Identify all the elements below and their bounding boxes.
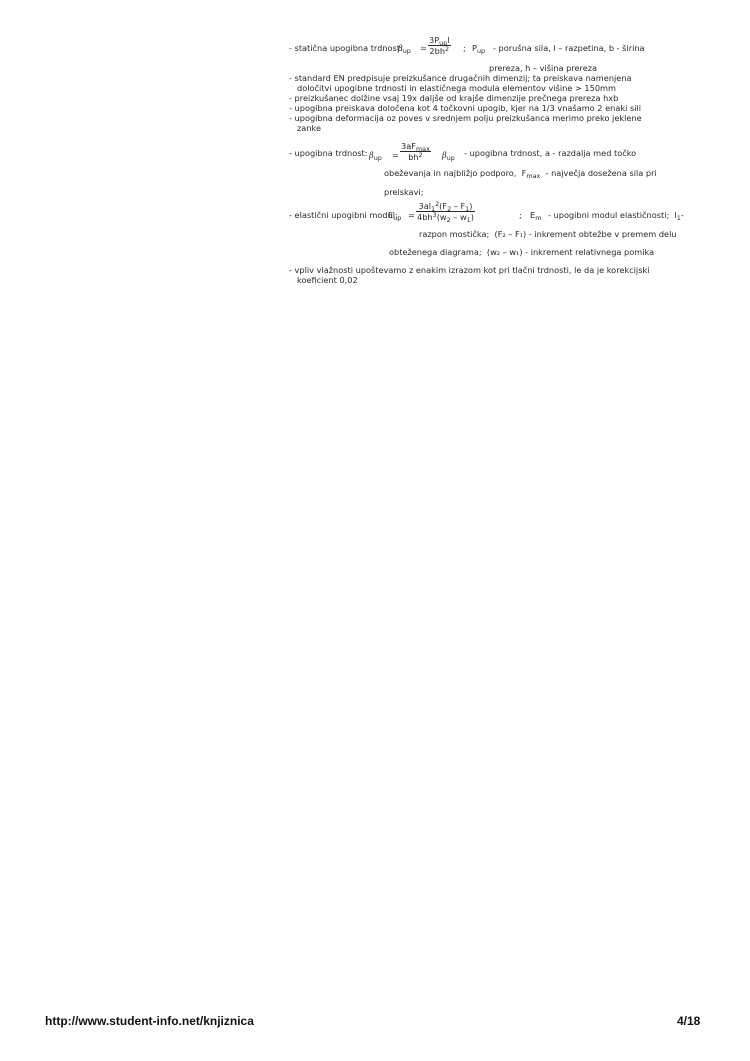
page-number: 4/18 <box>677 1014 700 1028</box>
staticna-label: - statična upogibna trdnost: <box>289 43 403 53</box>
equals-sign: = <box>392 150 399 160</box>
p-up-variable: Pup <box>472 43 485 53</box>
desc-line-2: obeževanja in najbližjo podporo, Fmax - … <box>384 168 657 178</box>
equals-sign: = <box>420 43 427 53</box>
desc-line-3: obteženega diagrama; (w₂ – w₁) - inkreme… <box>389 247 654 257</box>
beta-up-symbol: βup <box>369 150 382 160</box>
desc-line-2: razpon mostička; (F₂ – F₁) - inkrement o… <box>419 229 677 239</box>
bullet-vlaznost-cont: koeficient 0,02 <box>297 275 358 285</box>
footer-url-link[interactable]: http://www.student-info.net/knjiznica <box>45 1014 254 1028</box>
e-up-symbol: Eup <box>388 210 401 220</box>
separator: ; <box>519 210 522 220</box>
beta-up-symbol: βup <box>398 43 411 53</box>
bullet-vlaznost: - vpliv vlažnosti upoštevamo z enakim iz… <box>289 265 650 275</box>
formula-fraction: 3Pupl 2bh2 <box>428 35 451 56</box>
desc-line-3: preiskavi; <box>384 187 423 197</box>
bullet-upogibna-deformacija: - upogibna deformacija oz poves v srednj… <box>289 113 642 123</box>
elasticni-label: - elastični upogibni modul: <box>289 210 398 220</box>
upogibna-label: - upogibna trdnost: <box>289 148 368 158</box>
desc-line-2: prereza, h – višina prereza <box>489 63 597 73</box>
separator: ; <box>463 43 466 53</box>
desc-line-1: - upogibni modul elastičnosti; l1- <box>548 210 684 220</box>
bullet-preizkusanec: - preizkušanec dolžine vsaj 19x daljše o… <box>289 93 618 103</box>
bullet-standard-en-cont: določitvi upogibne trdnosti in elastične… <box>297 83 616 93</box>
formula-fraction: 3aFmax bh2 <box>400 141 431 162</box>
e-m-variable: Em <box>530 210 541 220</box>
beta-up-desc: βup <box>442 150 455 160</box>
bullet-upogibna-preiskava: - upogibna preiskava določena kot 4 točk… <box>289 103 641 113</box>
desc-line-1: - porušna sila, l – razpetina, b - širin… <box>493 43 645 53</box>
desc-line-1: - upogibna trdnost, a - razdalja med toč… <box>464 148 636 158</box>
equals-sign: = <box>408 210 415 220</box>
formula-fraction: 3al12(F2 – F1) 4bh3(w2 – w1) <box>416 201 475 222</box>
bullet-upogibna-deformacija-cont: zanke <box>297 123 321 133</box>
bullet-standard-en: - standard EN predpisuje preizkušance dr… <box>289 73 632 83</box>
